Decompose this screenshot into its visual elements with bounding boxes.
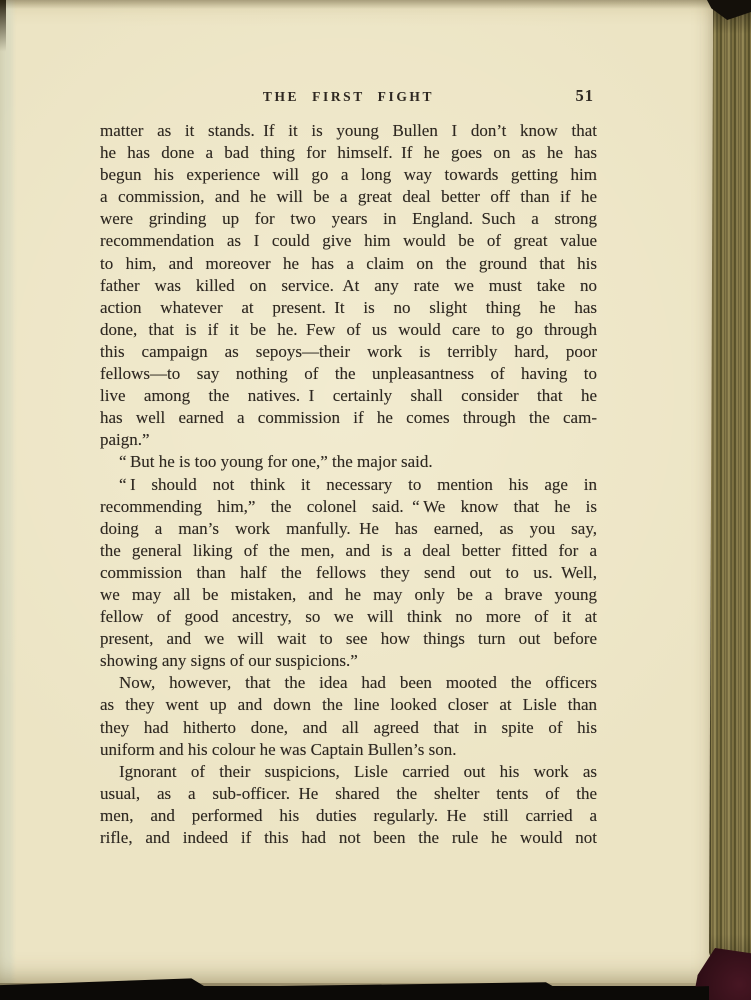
text-line: “ I should not think it necessary to men… [100,474,597,496]
paragraph: “ But he is too young for one,” the majo… [100,451,597,473]
text-line: to him, and moreover he has a claim on t… [100,253,597,275]
running-header: THE FIRST FIGHT 51 [100,87,597,107]
book-scan: THE FIRST FIGHT 51 matter as it stands. … [0,0,751,1000]
text-line: men, and performed his duties regularly.… [100,805,597,827]
text-line: matter as it stands. If it is young Bull… [100,120,597,142]
book-page: THE FIRST FIGHT 51 matter as it stands. … [0,0,713,986]
text-line: showing any signs of our suspicions.” [100,650,597,672]
text-line: father was killed on service. At any rat… [100,275,597,297]
top-shadow [0,0,713,9]
text-line: done, that is if it be he. Few of us wou… [100,319,597,341]
text-line: live among the natives. I certainly shal… [100,385,597,407]
paragraph: Ignorant of their suspicions, Lisle carr… [100,761,597,849]
text-line: uniform and his colour he was Captain Bu… [100,739,597,761]
text-line: were grinding up for two years in Englan… [100,208,597,230]
page-number: 51 [576,86,595,106]
text-line: paign.” [100,429,597,451]
text-line: they had hitherto done, and all agreed t… [100,717,597,739]
text-line: as they went up and down the line looked… [100,694,597,716]
text-line: “ But he is too young for one,” the majo… [100,451,597,473]
text-line: begun his experience will go a long way … [100,164,597,186]
text-line: usual, as a sub-officer. He shared the s… [100,783,597,805]
text-line: the general liking of the men, and is a … [100,540,597,562]
text-line: recommending him,” the colonel said. “ W… [100,496,597,518]
text-line: fellow of good ancestry, so we will thin… [100,606,597,628]
top-left-shadow [0,0,6,56]
text-line: rifle, and indeed if this had not been t… [100,827,597,849]
text-line: this campaign as sepoys—their work is te… [100,341,597,363]
chapter-title: THE FIRST FIGHT [100,89,597,105]
paragraph: matter as it stands. If it is young Bull… [100,120,597,451]
text-line: doing a man’s work manfully. He has earn… [100,518,597,540]
paragraph: “ I should not think it necessary to men… [100,474,597,673]
text-line: present, and we will wait to see how thi… [100,628,597,650]
text-line: commission than half the fellows they se… [100,562,597,584]
book-fore-edges [709,0,751,980]
text-line: a commission, and he will be a great dea… [100,186,597,208]
text-line: he has done a bad thing for himself. If … [100,142,597,164]
text-line: Now, however, that the idea had been moo… [100,672,597,694]
text-line: fellows—to say nothing of the unpleasant… [100,363,597,385]
page-text: matter as it stands. If it is young Bull… [100,120,597,849]
text-line: has well earned a commission if he comes… [100,407,597,429]
text-line: action whatever at present. It is no sli… [100,297,597,319]
text-line: Ignorant of their suspicions, Lisle carr… [100,761,597,783]
text-line: recommendation as I could give him would… [100,230,597,252]
paragraph: Now, however, that the idea had been moo… [100,672,597,760]
text-line: we may all be mistaken, and he may only … [100,584,597,606]
